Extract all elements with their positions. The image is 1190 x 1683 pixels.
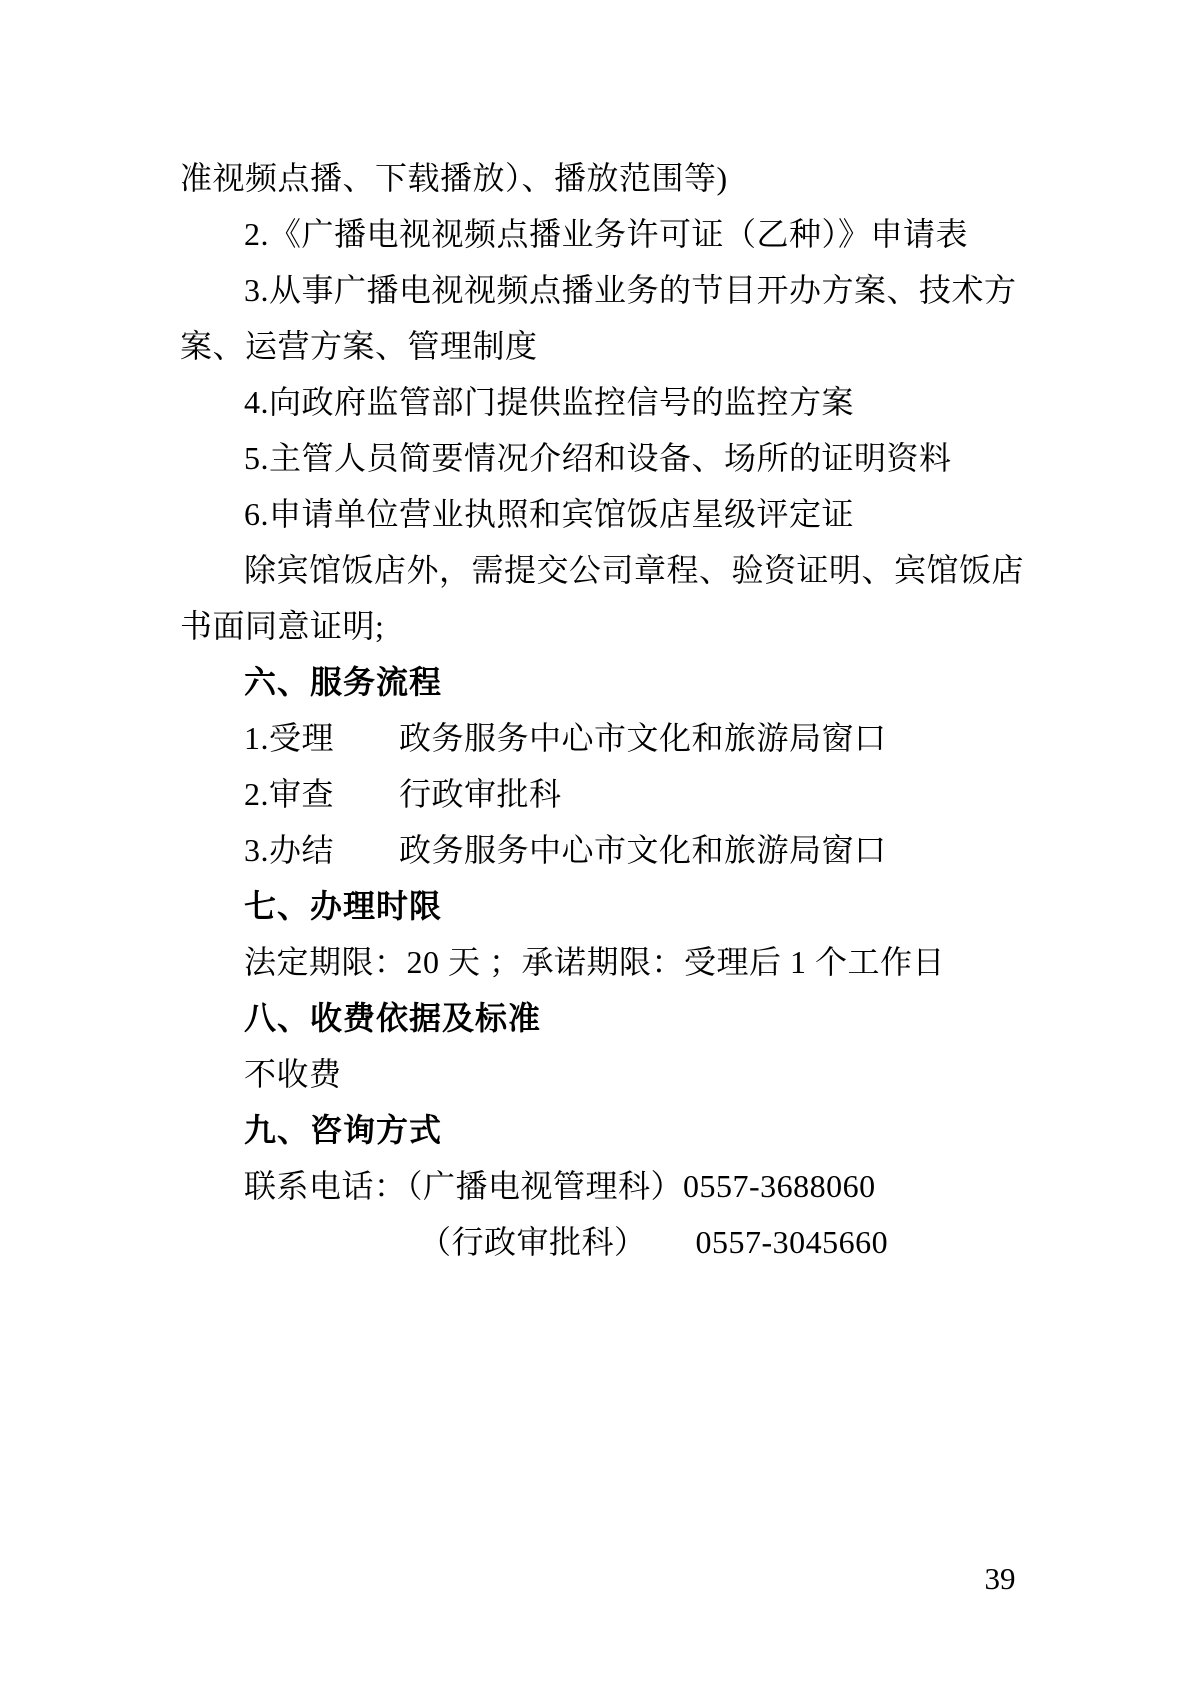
text-line: 1.受理 政务服务中心市文化和旅游局窗口 — [180, 710, 1020, 766]
text-line: 2.《广播电视视频点播业务许可证（乙种）》申请表 — [180, 206, 1020, 262]
text-line: 6.申请单位营业执照和宾馆饭店星级评定证 — [180, 486, 1020, 542]
text-line: 案、运营方案、管理制度 — [180, 318, 1020, 374]
text-line: 3.从事广播电视视频点播业务的节目开办方案、技术方 — [180, 262, 1020, 318]
text-line: （行政审批科） 0557-3045660 — [180, 1214, 1020, 1270]
text-line: 5.主管人员简要情况介绍和设备、场所的证明资料 — [180, 430, 1020, 486]
section-heading: 八、收费依据及标准 — [180, 990, 1020, 1046]
text-line: 书面同意证明; — [180, 598, 1020, 654]
text-line: 4.向政府监管部门提供监控信号的监控方案 — [180, 374, 1020, 430]
text-line: 准视频点播、下载播放）、播放范围等) — [180, 150, 1020, 206]
text-line: 法定期限：20 天 ；承诺期限：受理后 1 个工作日 — [180, 934, 1020, 990]
text-line: 3.办结 政务服务中心市文化和旅游局窗口 — [180, 822, 1020, 878]
section-heading: 六、服务流程 — [180, 654, 1020, 710]
section-heading: 九、咨询方式 — [180, 1102, 1020, 1158]
document-page: 准视频点播、下载播放）、播放范围等)2.《广播电视视频点播业务许可证（乙种）》申… — [0, 0, 1190, 1683]
text-line: 2.审查 行政审批科 — [180, 766, 1020, 822]
document-body: 准视频点播、下载播放）、播放范围等)2.《广播电视视频点播业务许可证（乙种）》申… — [180, 150, 1020, 1270]
section-heading: 七、办理时限 — [180, 878, 1020, 934]
text-line: 不收费 — [180, 1046, 1020, 1102]
page-number: 39 — [980, 1560, 1020, 1598]
text-line: 联系电话：（广播电视管理科）0557-3688060 — [180, 1158, 1020, 1214]
text-line: 除宾馆饭店外，需提交公司章程、验资证明、宾馆饭店 — [180, 542, 1020, 598]
